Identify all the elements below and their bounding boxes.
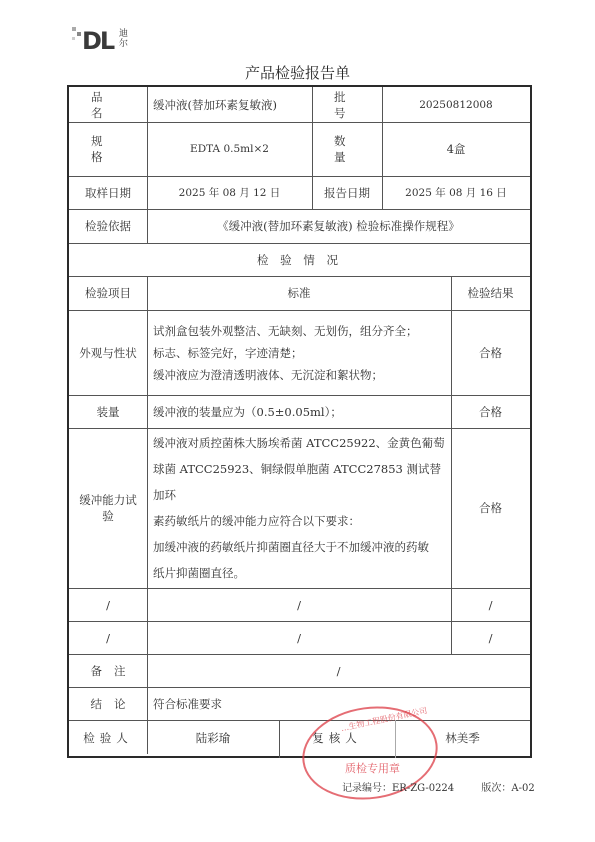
table-row-item: 装量 — [69, 395, 147, 428]
table-row-item: / — [69, 588, 147, 621]
column-header-standard: 标准 — [147, 276, 451, 310]
standard-line: 素药敏纸片的缓冲能力应符合以下要求： — [153, 508, 360, 534]
standard-line: 缓冲液的装量应为（0.5±0.05ml）； — [153, 401, 342, 423]
logo-mark: DL — [82, 29, 113, 53]
basis-value: 《缓冲液(替加环素复敏液) 检验标准操作规程》 — [147, 209, 530, 243]
standard-line: 缓冲液应为澄清透明液体、无沉淀和絮状物； — [153, 364, 383, 386]
table-row-item: 缓冲能力试验 — [69, 428, 147, 588]
inspection-report-table: 品名 缓冲液(替加环素复敏液) 批号 20250812008 规格 EDTA 0… — [67, 85, 532, 758]
standard-line: 试剂盒包装外观整洁、无缺刻、无划伤，组分齐全； — [153, 320, 418, 342]
table-row-result: 合格 — [451, 428, 530, 588]
remarks-label: 备注 — [69, 654, 147, 687]
basis-label: 检验依据 — [69, 209, 147, 243]
table-row-result: / — [451, 588, 530, 621]
column-header-result: 检验结果 — [451, 276, 530, 310]
record-number: 记录编号：ER-ZG-0224 — [342, 783, 454, 794]
section-title: 检 验 情 况 — [69, 243, 530, 276]
stamp-center-text: 质检专用章 — [345, 760, 400, 776]
standard-line: 标志、标签完好，字迹清楚； — [153, 342, 303, 364]
logo-cn-line2: 尔 — [119, 39, 129, 49]
standard-line: 球菌 ATCC25923、铜绿假单胞菌 ATCC27853 测试替加环 — [153, 456, 451, 508]
spec-value: EDTA 0.5ml×2 — [147, 122, 312, 176]
standard-line: 纸片抑菌圈直径。 — [153, 560, 245, 586]
table-row-item: 外观与性状 — [69, 310, 147, 395]
product-name-value: 缓冲液(替加环素复敏液) — [147, 87, 312, 122]
product-name-label: 品名 — [69, 87, 147, 122]
table-row-standard: 试剂盒包装外观整洁、无缺刻、无划伤，组分齐全； 标志、标签完好，字迹清楚； 缓冲… — [147, 310, 451, 395]
inspector-label: 检验人 — [69, 720, 147, 756]
logo-pixel-icon — [72, 37, 75, 40]
table-row-standard: / — [147, 588, 451, 621]
batch-value: 20250812008 — [382, 87, 530, 122]
column-header-item: 检验项目 — [69, 276, 147, 310]
sample-date-value: 2025 年 08 月 12 日 — [147, 176, 312, 209]
logo-pixel-icon — [77, 32, 81, 36]
conclusion-label: 结论 — [69, 687, 147, 720]
footer: 记录编号：ER-ZG-0224 版次：A-02 — [342, 779, 559, 794]
table-row-standard: / — [147, 621, 451, 654]
logo-cn-line1: 迪 — [119, 29, 129, 39]
inspector-value: 陆彩瑜 — [147, 720, 279, 756]
batch-label: 批号 — [312, 87, 382, 122]
table-row-standard: 缓冲液对质控菌株大肠埃希菌 ATCC25922、金黄色葡萄 球菌 ATCC259… — [147, 428, 451, 588]
standard-line: 缓冲液对质控菌株大肠埃希菌 ATCC25922、金黄色葡萄 — [153, 430, 445, 456]
page-title: 产品检验报告单 — [0, 62, 595, 83]
report-date-label: 报告日期 — [312, 176, 382, 209]
sample-date-label: 取样日期 — [69, 176, 147, 209]
table-row-item: / — [69, 621, 147, 654]
remarks-value: / — [147, 654, 530, 687]
table-row-result: 合格 — [451, 395, 530, 428]
logo-pixel-icon — [72, 27, 76, 31]
standard-line: 加缓冲液的药敏纸片抑菌圈直径大于不加缓冲液的药敏 — [153, 534, 429, 560]
table-row-standard: 缓冲液的装量应为（0.5±0.05ml）； — [147, 395, 451, 428]
quantity-value: 4盒 — [382, 122, 530, 176]
logo-cn-text: 迪 尔 — [119, 29, 129, 49]
quantity-label: 数量 — [312, 122, 382, 176]
spec-label: 规格 — [69, 122, 147, 176]
table-row-result: / — [451, 621, 530, 654]
report-date-value: 2025 年 08 月 16 日 — [382, 176, 530, 209]
table-row-result: 合格 — [451, 310, 530, 395]
version: 版次：A-02 — [481, 783, 534, 794]
